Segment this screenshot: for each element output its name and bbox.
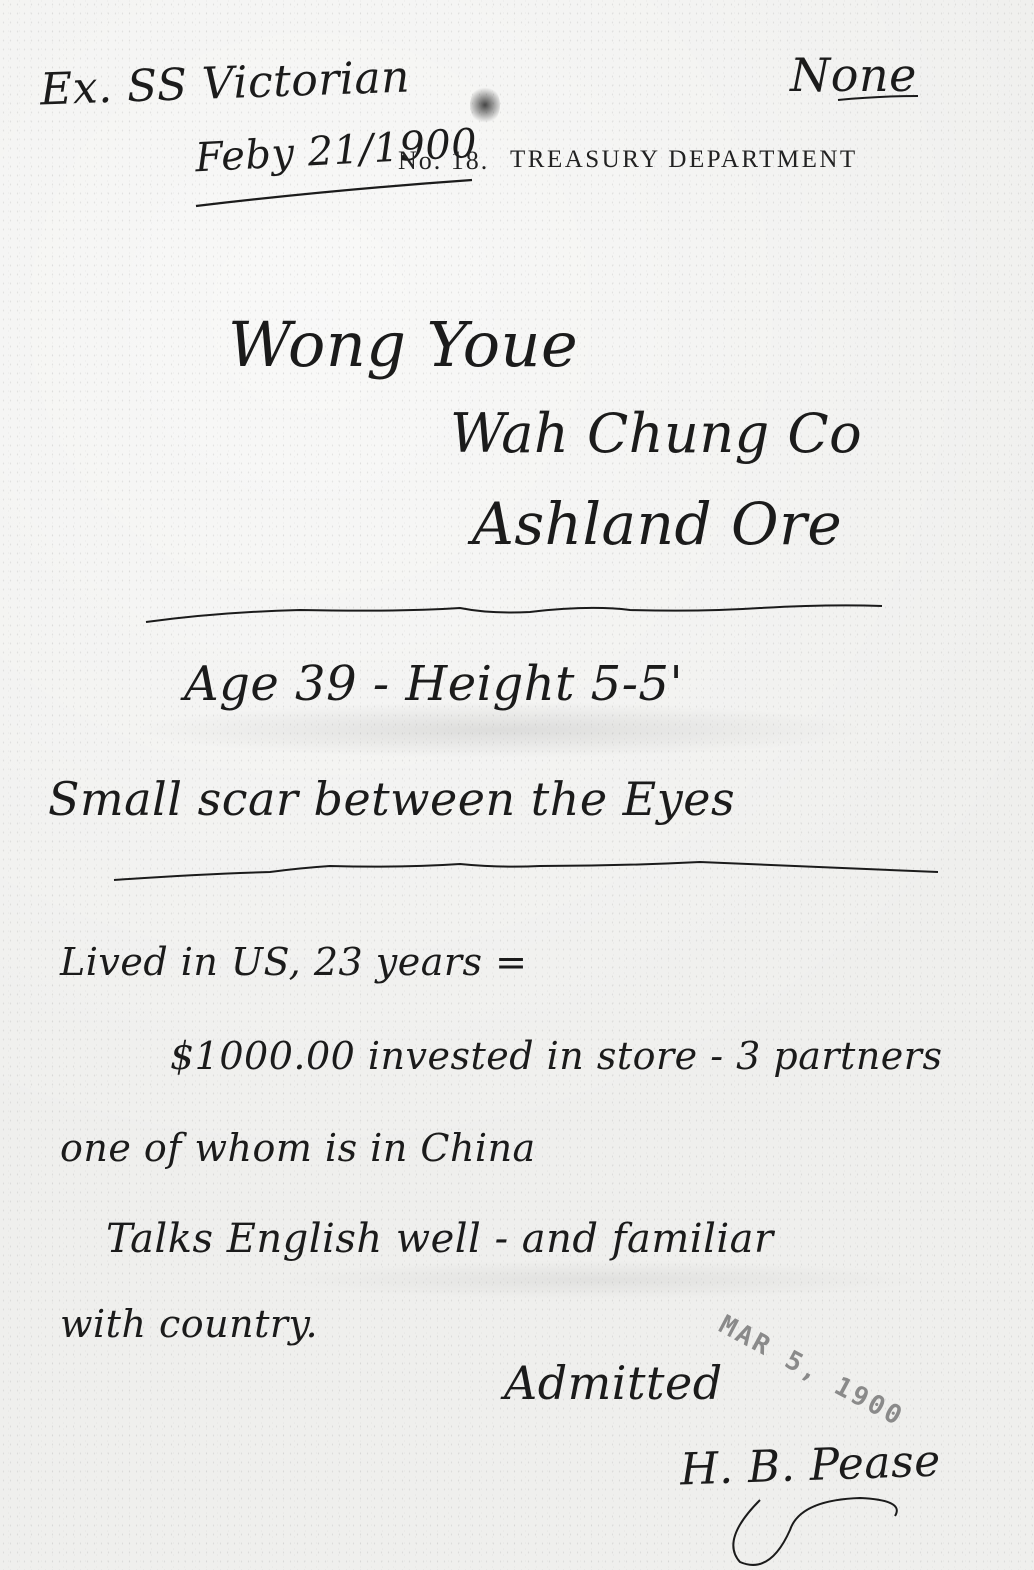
document-page: Ex. SS Victorian None Feby 21/1900 No. 1…: [0, 0, 1034, 1570]
signature-flourish: [0, 0, 1034, 1570]
